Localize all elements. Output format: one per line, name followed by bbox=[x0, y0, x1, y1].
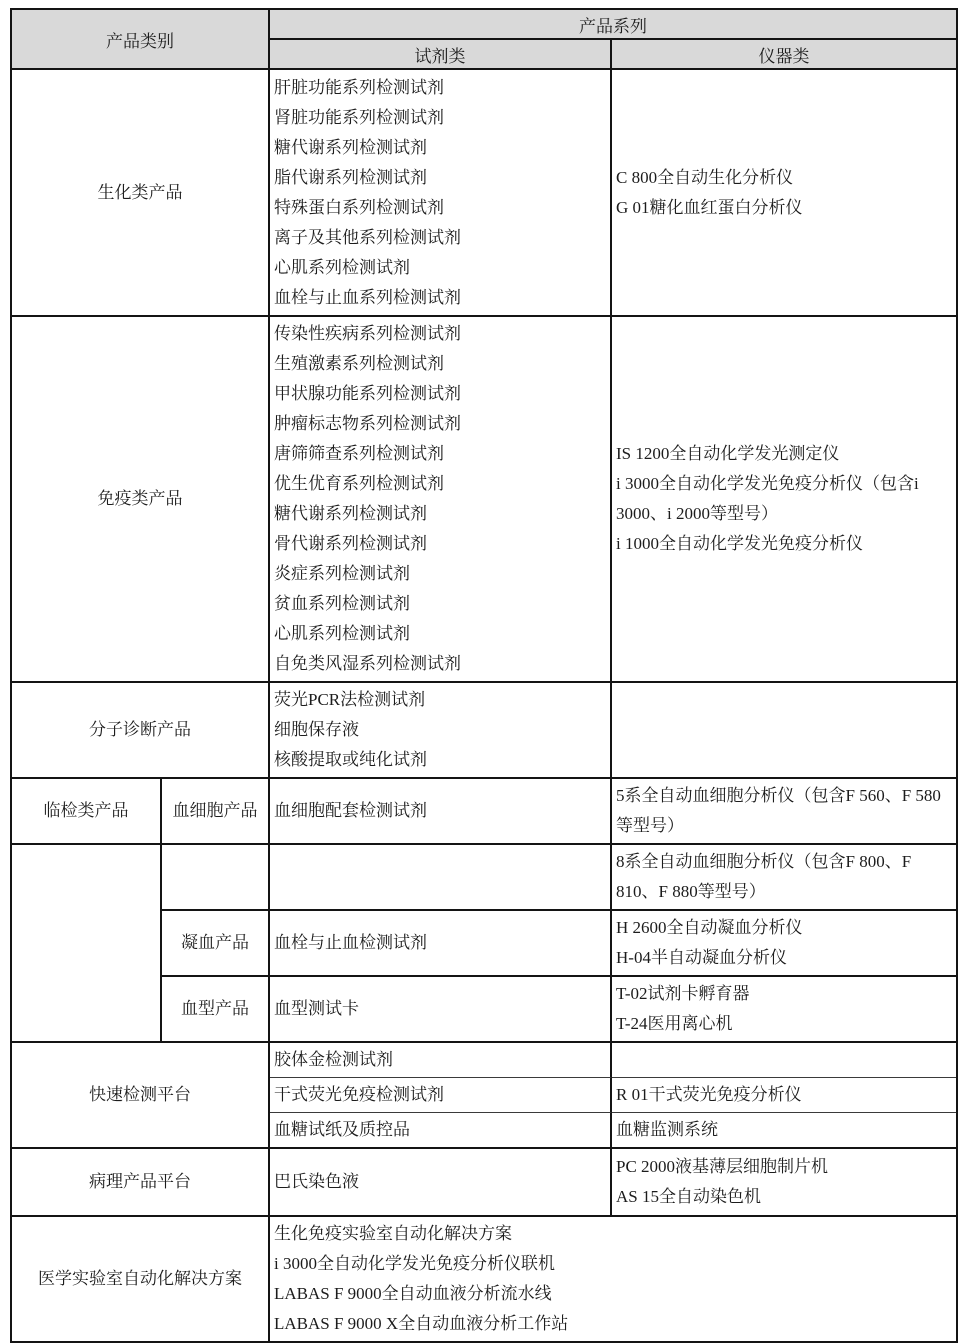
category-cell-molecular: 分子诊断产品 bbox=[12, 683, 270, 779]
instrument-list-cell: 8系全自动血细胞分析仪（包含F 800、F 810、F 880等型号） bbox=[612, 845, 956, 911]
instrument-list-cell: 血糖监测系统 bbox=[612, 1113, 956, 1149]
category-cell-rapid: 快速检测平台 bbox=[12, 1043, 270, 1149]
header-series-cell: 产品系列 bbox=[270, 10, 956, 40]
header-reagent-cell: 试剂类 bbox=[270, 40, 612, 70]
subcategory-cell bbox=[162, 845, 270, 911]
category-cell-automation: 医学实验室自动化解决方案 bbox=[12, 1217, 270, 1341]
reagent-list-cell: 巴氏染色液 bbox=[270, 1149, 612, 1217]
product-series-table: 产品类别 产品系列 试剂类 仪器类 生化类产品 肝脏功能系列检测试剂 肾脏功能系… bbox=[10, 8, 958, 1343]
solutions-list-cell: 生化免疫实验室自动化解决方案 i 3000全自动化学发光免疫分析仪联机 LABA… bbox=[270, 1217, 956, 1341]
reagent-list-cell: 胶体金检测试剂 bbox=[270, 1043, 612, 1078]
category-cell-clinical: 临检类产品 bbox=[12, 779, 162, 845]
document-page: 产品类别 产品系列 试剂类 仪器类 生化类产品 肝脏功能系列检测试剂 肾脏功能系… bbox=[0, 0, 964, 1325]
subcategory-cell: 凝血产品 bbox=[162, 911, 270, 977]
header-instrument-cell: 仪器类 bbox=[612, 40, 956, 70]
category-cell-biochem: 生化类产品 bbox=[12, 70, 270, 317]
reagent-list-cell: 血型测试卡 bbox=[270, 977, 612, 1043]
reagent-list-cell: 血糖试纸及质控品 bbox=[270, 1113, 612, 1149]
reagent-list-cell: 干式荧光免疫检测试剂 bbox=[270, 1078, 612, 1113]
header-category-cell: 产品类别 bbox=[12, 10, 270, 70]
reagent-list-cell: 传染性疾病系列检测试剂 生殖激素系列检测试剂 甲状腺功能系列检测试剂 肿瘤标志物… bbox=[270, 317, 612, 683]
instrument-list-cell: T-02试剂卡孵育器 T-24医用离心机 bbox=[612, 977, 956, 1043]
instrument-list-cell: C 800全自动生化分析仪 G 01糖化血红蛋白分析仪 bbox=[612, 70, 956, 317]
instrument-list-cell: 5系全自动血细胞分析仪（包含F 560、F 580等型号） bbox=[612, 779, 956, 845]
instrument-list-cell bbox=[612, 683, 956, 779]
reagent-list-cell: 血栓与止血检测试剂 bbox=[270, 911, 612, 977]
reagent-list-cell: 血细胞配套检测试剂 bbox=[270, 779, 612, 845]
subcategory-cell: 血细胞产品 bbox=[162, 779, 270, 845]
instrument-list-cell: R 01干式荧光免疫分析仪 bbox=[612, 1078, 956, 1113]
reagent-list-cell: 肝脏功能系列检测试剂 肾脏功能系列检测试剂 糖代谢系列检测试剂 脂代谢系列检测试… bbox=[270, 70, 612, 317]
empty-category-cell bbox=[12, 845, 162, 1043]
reagent-list-cell: 荧光PCR法检测试剂 细胞保存液 核酸提取或纯化试剂 bbox=[270, 683, 612, 779]
instrument-list-cell bbox=[612, 1043, 956, 1078]
instrument-list-cell: PC 2000液基薄层细胞制片机 AS 15全自动染色机 bbox=[612, 1149, 956, 1217]
instrument-list-cell: IS 1200全自动化学发光测定仪 i 3000全自动化学发光免疫分析仪（包含i… bbox=[612, 317, 956, 683]
category-cell-immuno: 免疫类产品 bbox=[12, 317, 270, 683]
subcategory-cell: 血型产品 bbox=[162, 977, 270, 1043]
instrument-list-cell: H 2600全自动凝血分析仪 H-04半自动凝血分析仪 bbox=[612, 911, 956, 977]
reagent-list-cell bbox=[270, 845, 612, 911]
category-cell-pathology: 病理产品平台 bbox=[12, 1149, 270, 1217]
